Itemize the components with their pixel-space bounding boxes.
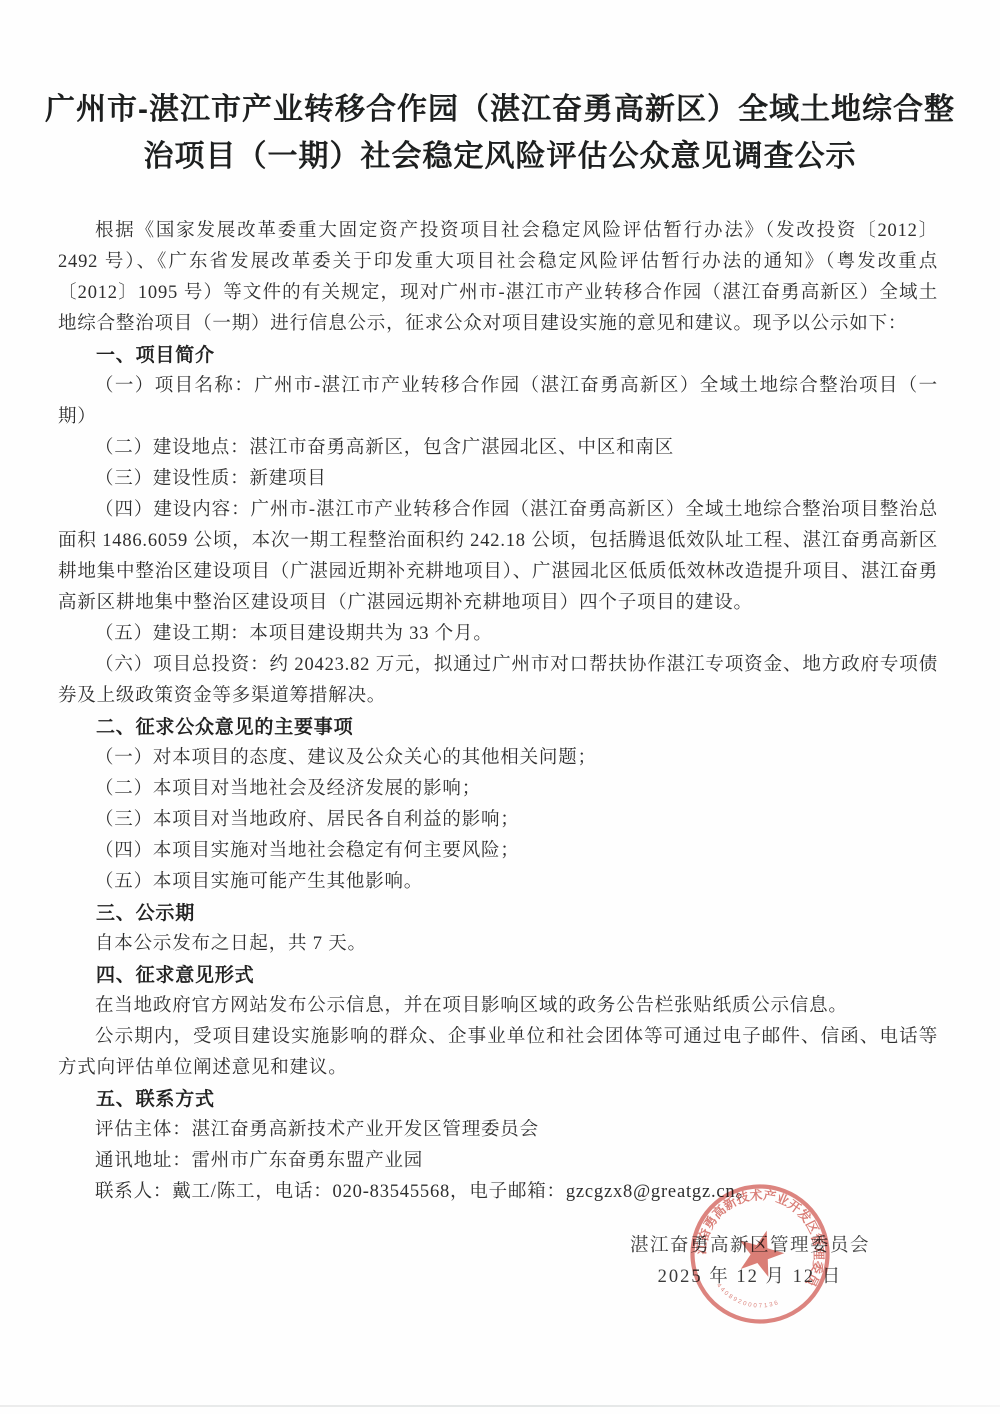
section-4-paragraph-2: 公示期内，受项目建设实施影响的群众、企事业单位和社会团体等可通过电子邮件、信函、…: [58, 1022, 938, 1084]
section-1-item-2: （二）建设地点：湛江市奋勇高新区，包含广湛园北区、中区和南区: [58, 433, 938, 464]
section-2-item-3: （三）本项目对当地政府、居民各自利益的影响；: [58, 805, 938, 836]
section-2-item-4: （四）本项目实施对当地社会稳定有何主要风险；: [58, 836, 938, 867]
seal-arc-text: 湛江奋勇高新技术产业开发区管理委员会: [685, 1179, 835, 1291]
section-1-item-4: （四）建设内容：广州市-湛江市产业转移合作园（湛江奋勇高新区）全域土地综合整治项…: [58, 495, 938, 619]
section-2-item-5: （五）本项目实施可能产生其他影响。: [58, 867, 938, 898]
document-body: 根据《国家发展改革委重大固定资产投资项目社会稳定风险评估暂行办法》（发改投资〔2…: [0, 216, 1000, 1208]
svg-text:湛江奋勇高新技术产业开发区管理委员会: 湛江奋勇高新技术产业开发区管理委员会: [685, 1179, 835, 1291]
document-title: 广州市-湛江市产业转移合作园（湛江奋勇高新区）全域土地综合整治项目（一期）社会稳…: [40, 86, 960, 180]
scanned-document-page: 广州市-湛江市产业转移合作园（湛江奋勇高新区）全域土地综合整治项目（一期）社会稳…: [0, 0, 1000, 1414]
section-4-heading: 四、征求意见形式: [58, 960, 938, 991]
section-1-item-5: （五）建设工期：本项目建设期共为 33 个月。: [58, 619, 938, 650]
section-3-body: 自本公示发布之日起，共 7 天。: [58, 929, 938, 960]
section-1-heading: 一、项目简介: [58, 340, 938, 371]
section-1-item-6: （六）项目总投资：约 20423.82 万元，拟通过广州市对口帮扶协作湛江专项资…: [58, 650, 938, 712]
section-1-item-3: （三）建设性质：新建项目: [58, 464, 938, 495]
section-4-paragraph-1: 在当地政府官方网站发布公示信息，并在项目影响区域的政务公告栏张贴纸质公示信息。: [58, 991, 938, 1022]
section-1-item-1: （一）项目名称：广州市-湛江市产业转移合作园（湛江奋勇高新区）全域土地综合整治项…: [58, 371, 938, 433]
section-2-item-1: （一）对本项目的态度、建议及公众关心的其他相关问题；: [58, 743, 938, 774]
section-3-heading: 三、公示期: [58, 898, 938, 929]
contact-mailing-address: 通讯地址：雷州市广东奋勇东盟产业园: [58, 1146, 938, 1177]
official-red-seal-stamp: 湛江奋勇高新技术产业开发区管理委员会 4408920007136: [685, 1179, 835, 1329]
section-2-heading: 二、征求公众意见的主要事项: [58, 712, 938, 743]
intro-paragraph: 根据《国家发展改革委重大固定资产投资项目社会稳定风险评估暂行办法》（发改投资〔2…: [58, 216, 938, 340]
seal-star-icon: [732, 1224, 789, 1279]
contact-assessment-entity: 评估主体：湛江奋勇高新技术产业开发区管理委员会: [58, 1115, 938, 1146]
scan-artifact-line: [0, 1405, 1000, 1407]
section-2-item-2: （二）本项目对当地社会及经济发展的影响；: [58, 774, 938, 805]
section-5-heading: 五、联系方式: [58, 1084, 938, 1115]
